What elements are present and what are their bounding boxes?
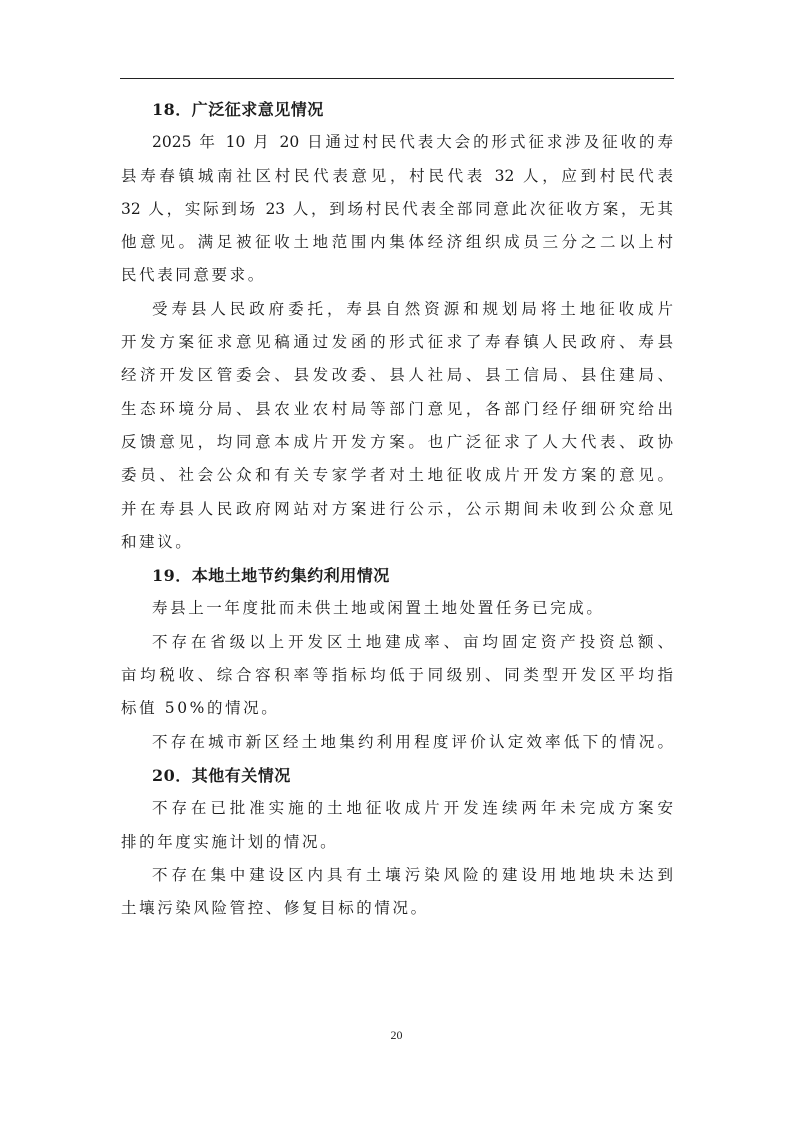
paragraph-line: 开发方案征求意见稿通过发函的形式征求了寿春镇人民政府、寿县 [121,326,673,359]
paragraph-line: 亩均税收、综合容积率等指标均低于同级别、同类型开发区平均指 [121,659,673,692]
paragraph-line: 并在寿县人民政府网站对方案进行公示，公示期间未收到公众意见 [121,493,673,526]
section-heading-20: 20．其他有关情况 [121,759,673,792]
header-rule [120,78,674,79]
document-body: 18．广泛征求意见情况 2025 年 10 月 20 日通过村民代表大会的形式征… [121,93,673,925]
paragraph-line: 不存在城市新区经土地集约利用程度评价认定效率低下的情况。 [121,726,673,759]
paragraph-line: 受寿县人民政府委托，寿县自然资源和规划局将土地征收成片 [121,293,673,326]
paragraph-line: 经济开发区管委会、县发改委、县人社局、县工信局、县住建局、 [121,359,673,392]
paragraph-line: 生态环境分局、县农业农村局等部门意见，各部门经仔细研究给出 [121,393,673,426]
paragraph-line: 民代表同意要求。 [121,259,673,292]
paragraph-line: 不存在已批准实施的土地征收成片开发连续两年未完成方案安 [121,792,673,825]
paragraph-line: 委员、社会公众和有关专家学者对土地征收成片开发方案的意见。 [121,459,673,492]
paragraph-line: 32 人，实际到场 23 人，到场村民代表全部同意此次征收方案，无其 [121,193,673,226]
paragraph-line: 他意见。满足被征收土地范围内集体经济组织成员三分之二以上村 [121,226,673,259]
paragraph-line: 和建议。 [121,526,673,559]
paragraph-line: 不存在省级以上开发区土地建成率、亩均固定资产投资总额、 [121,626,673,659]
paragraph-line: 反馈意见，均同意本成片开发方案。也广泛征求了人大代表、政协 [121,426,673,459]
page-number: 20 [0,1028,793,1043]
section-heading-19: 19．本地土地节约集约利用情况 [121,559,673,592]
paragraph-line: 县寿春镇城南社区村民代表意见，村民代表 32 人，应到村民代表 [121,160,673,193]
paragraph-line: 寿县上一年度批而未供土地或闲置土地处置任务已完成。 [121,592,673,625]
paragraph-line: 土壤污染风险管控、修复目标的情况。 [121,892,673,925]
paragraph-line: 标值 50%的情况。 [121,692,673,725]
paragraph-line: 2025 年 10 月 20 日通过村民代表大会的形式征求涉及征收的寿 [121,126,673,159]
paragraph-line: 不存在集中建设区内具有土壤污染风险的建设用地地块未达到 [121,859,673,892]
paragraph-line: 排的年度实施计划的情况。 [121,826,673,859]
section-heading-18: 18．广泛征求意见情况 [121,93,673,126]
